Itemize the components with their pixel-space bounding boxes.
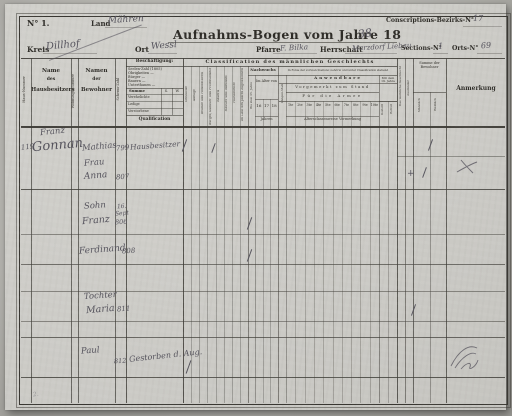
age-class-cell: 5te bbox=[323, 104, 332, 107]
grid-line-vertical bbox=[305, 101, 306, 403]
grid-line-horizontal bbox=[21, 58, 505, 59]
column-auslaender-rotated: Ausländer bbox=[407, 80, 410, 96]
beschaeftigung-footer: Qualification bbox=[126, 118, 183, 123]
grid-line-vertical bbox=[71, 58, 72, 403]
birth-year: 799 bbox=[116, 144, 130, 152]
orts-number-value: 69 bbox=[481, 42, 492, 51]
estate-column-label: Hilfsarbeiter bbox=[233, 82, 236, 103]
grid-line-vertical bbox=[413, 58, 414, 403]
nachwuchs-title: Nachwuchs bbox=[248, 68, 278, 72]
grid-line-horizontal bbox=[105, 27, 147, 28]
grid-line-horizontal bbox=[255, 116, 278, 117]
summe-col-maennlich: Männlich bbox=[418, 98, 421, 112]
grid-line-vertical bbox=[388, 101, 389, 403]
form-paper: N° 1. Land Mähren Conscriptions-Bezirks-… bbox=[5, 4, 506, 410]
grid-line-vertical bbox=[31, 58, 32, 403]
nachwuchs-age-cell: 18 bbox=[270, 104, 278, 108]
column-owner-line2: des bbox=[31, 76, 71, 85]
grid-line-horizontal bbox=[433, 53, 448, 54]
beschaeftigung-summe-col2: W. bbox=[172, 90, 183, 94]
grid-line-vertical bbox=[370, 101, 371, 403]
resident-name: Paul bbox=[81, 346, 100, 356]
birth-year: 806 bbox=[115, 219, 128, 227]
grid-line-horizontal bbox=[279, 83, 397, 84]
sections-number-label: Sections-N° bbox=[401, 46, 442, 53]
pfarre-value-handwritten: F. Bilka bbox=[280, 43, 309, 52]
age-class-cell: 4te bbox=[314, 104, 323, 107]
stellung-armee: Für die Armee bbox=[286, 94, 379, 98]
grid-line-horizontal bbox=[148, 53, 177, 54]
column-owner-line3: Hausbesitzers bbox=[31, 85, 71, 95]
grid-line-vertical bbox=[286, 75, 287, 403]
grid-line-vertical bbox=[360, 101, 361, 403]
beschaeftigung-title: Beschäftigung: bbox=[126, 60, 183, 65]
grid-line-horizontal bbox=[43, 53, 97, 54]
stellung-right-col2: Befreit bbox=[390, 104, 393, 114]
age-class-cell: 6te bbox=[333, 104, 342, 107]
estate-column-label: Beamte und Honoratioren bbox=[201, 72, 204, 114]
grid-line-vertical bbox=[295, 101, 296, 403]
sections-number-value: 1 bbox=[438, 43, 443, 51]
nachwuchs-age-cell: 17 bbox=[263, 104, 271, 108]
age-class-cell: 10te bbox=[370, 104, 379, 107]
orts-number-label: Orts-N° bbox=[452, 46, 478, 53]
estate-column-label: Häusler und Inwohner bbox=[225, 75, 228, 111]
grid-line-vertical bbox=[405, 58, 406, 403]
resident-name: Sohn bbox=[84, 201, 106, 211]
grid-line-horizontal bbox=[345, 53, 397, 54]
grid-line-vertical bbox=[323, 101, 324, 403]
summe-col-weiblich: Weiblich bbox=[434, 98, 437, 111]
form-title-year-handwritten: 38 bbox=[357, 27, 372, 40]
estate-column-label: Im Lauf des Jahres zugewachsen bbox=[241, 68, 244, 121]
grid-line-vertical bbox=[333, 101, 334, 403]
birth-year: 812 bbox=[114, 358, 127, 366]
grid-line-horizontal bbox=[397, 156, 505, 157]
age-class-cell: 8te bbox=[351, 104, 360, 107]
estate-column-label: Bürger, Künstler und Professionisten bbox=[209, 68, 212, 125]
grid-line-horizontal bbox=[255, 99, 278, 100]
grid-line-horizontal bbox=[21, 126, 505, 128]
grid-line-horizontal bbox=[379, 101, 397, 102]
column-schema-zahl: Schema-Zahl bbox=[117, 78, 120, 100]
margin-smudge: 2. bbox=[32, 392, 39, 399]
beschaeftigung-summe-label: Summe bbox=[129, 89, 145, 93]
grid-line-vertical bbox=[342, 101, 343, 403]
nachwuchs-mid-label: Im Alter von bbox=[255, 80, 278, 83]
grid-line-vertical bbox=[255, 75, 256, 403]
grid-line-horizontal bbox=[168, 42, 397, 43]
classification-title: Classification des männlichen Geschlecht… bbox=[183, 60, 397, 65]
grid-line-horizontal bbox=[413, 92, 446, 93]
age-class-cell: 7te bbox=[342, 104, 351, 107]
beschaeftigung-summe-row: Verehelichte bbox=[128, 96, 150, 100]
beschaeftigung-summe-row: Ledige bbox=[128, 103, 140, 107]
grid-line-horizontal bbox=[21, 189, 505, 190]
grid-line-vertical bbox=[430, 92, 431, 403]
grid-line-horizontal bbox=[126, 88, 183, 89]
grid-line-horizontal bbox=[248, 75, 397, 76]
age-class-cell: 9te bbox=[360, 104, 369, 107]
birth-date: Sept bbox=[115, 211, 129, 218]
estate-column-label: Bauern bbox=[217, 90, 220, 102]
grid-line-horizontal bbox=[21, 321, 505, 322]
beschaeftigung-summe-col1: S. bbox=[161, 90, 172, 94]
grid-line-horizontal bbox=[126, 66, 397, 67]
sheet-number: N° 1. bbox=[27, 19, 49, 27]
resident-name: Frau bbox=[84, 158, 105, 169]
birth-year: 811 bbox=[117, 306, 131, 314]
grid-line-horizontal bbox=[273, 53, 317, 54]
grid-line-vertical bbox=[446, 58, 447, 403]
beschaeftigung-row: Unterthanen — bbox=[128, 84, 155, 88]
column-bewohner-header: Namen der Bewohner bbox=[78, 66, 115, 95]
conscription-district-value: 17 bbox=[473, 15, 483, 23]
column-anmerkung: Anmerkung bbox=[446, 86, 506, 92]
nachwuchs-unit-label: Jahren bbox=[255, 118, 278, 122]
column-owner-line1: Name bbox=[31, 66, 71, 76]
grid-line-vertical bbox=[379, 75, 380, 403]
column-bewohner-line1: Namen bbox=[78, 66, 115, 76]
column-bewohner-line2: der bbox=[78, 76, 115, 85]
summe-bewohner-title: Summe der Bewohner bbox=[414, 62, 445, 69]
column-owner-header: Name des Hausbesitzers bbox=[31, 66, 71, 95]
grid-line-vertical bbox=[397, 58, 398, 403]
birth-year: 808 bbox=[122, 248, 136, 256]
grid-line-horizontal bbox=[477, 53, 502, 54]
grid-line-horizontal bbox=[21, 337, 505, 338]
column-haus-nummer: Haus-Nummer bbox=[23, 76, 27, 103]
grid-line-horizontal bbox=[286, 92, 379, 93]
grid-line-horizontal bbox=[21, 377, 505, 378]
nachwuchs-side-label: Bis zum 15. Jahre bbox=[250, 82, 253, 109]
anmerkung-flourish bbox=[449, 342, 479, 372]
grid-line-horizontal bbox=[463, 26, 502, 27]
column-bewohner-line3: Bewohner bbox=[78, 85, 115, 95]
grid-line-vertical bbox=[270, 99, 271, 403]
column-weiblich-rotated: Das weibliche Geschlecht bbox=[399, 66, 402, 106]
nachwuchs-age-cell: 16 bbox=[255, 104, 263, 108]
estate-column-label: Geistliche bbox=[185, 86, 188, 102]
ort-label: Ort bbox=[135, 46, 149, 54]
beschaeftigung-summe-row: Verstorbene bbox=[128, 110, 149, 114]
column-wohnungs-nummer: Wohnungs-Nummer bbox=[72, 74, 75, 108]
grid-line-horizontal bbox=[126, 115, 183, 116]
birth-year: 807 bbox=[116, 174, 130, 182]
stellung-right-col1: Gestellt bbox=[381, 104, 384, 115]
grid-line-vertical bbox=[263, 99, 264, 403]
estate-column-label: Adelige bbox=[193, 89, 196, 101]
grid-line-horizontal bbox=[21, 264, 505, 265]
grid-line-horizontal bbox=[286, 116, 379, 117]
grid-line-horizontal bbox=[21, 234, 505, 235]
conscription-district-label: Conscriptions-Bezirks-N° bbox=[386, 18, 474, 25]
scanned-document-photo: N° 1. Land Mähren Conscriptions-Bezirks-… bbox=[0, 0, 512, 416]
age-class-cell: 3te bbox=[305, 104, 314, 107]
age-class-cell: 2te bbox=[295, 104, 304, 107]
tally-plus: + bbox=[407, 170, 415, 179]
grid-line-vertical bbox=[78, 58, 79, 403]
anmerkung-cross bbox=[456, 159, 478, 174]
grid-line-vertical bbox=[314, 101, 315, 403]
grid-line-vertical bbox=[126, 58, 127, 403]
stellung-line1: In Folge der vorigen Stellung gehörig un… bbox=[279, 69, 397, 72]
grid-line-vertical bbox=[115, 58, 116, 403]
grid-line-vertical bbox=[351, 101, 352, 403]
age-class-cell: 1te bbox=[286, 104, 295, 107]
stellung-vorgemerkt: Vorgemerkt zum Stand bbox=[286, 85, 379, 89]
